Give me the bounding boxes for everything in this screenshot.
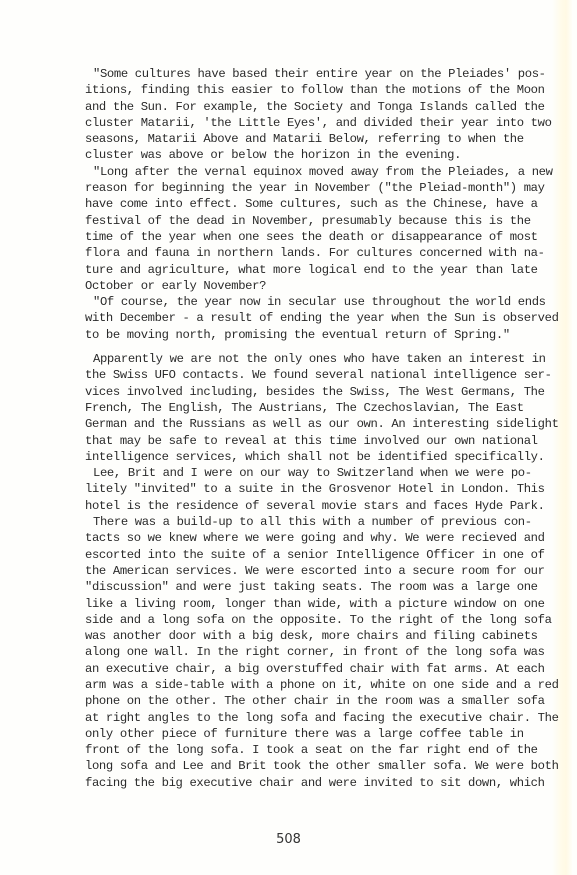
text-line: phone on the other. The other chair in t… — [85, 693, 497, 709]
text-line: hotel is the residence of several movie … — [85, 498, 497, 514]
text-line: that may be safe to reveal at this time … — [85, 433, 497, 449]
text-line: the American services. We were escorted … — [85, 563, 497, 579]
text-line: Lee, Brit and I were on our way to Switz… — [85, 465, 497, 481]
text-line: an executive chair, a big overstuffed ch… — [85, 661, 497, 677]
text-line: "Of course, the year now in secular use … — [85, 294, 497, 310]
text-line: time of the year when one sees the death… — [85, 229, 497, 245]
text-line: was another door with a big desk, more c… — [85, 628, 497, 644]
paragraph: "Long after the vernal equinox moved awa… — [85, 164, 497, 294]
text-line: escorted into the suite of a senior Inte… — [85, 547, 497, 563]
text-line: "Some cultures have based their entire y… — [85, 66, 497, 82]
text-line: intelligence services, which shall not b… — [85, 449, 497, 465]
text-line: itions, finding this easier to follow th… — [85, 82, 497, 98]
page-number: 508 — [0, 832, 577, 847]
text-line: There was a build-up to all this with a … — [85, 514, 497, 530]
text-line: cluster was above or below the horizon i… — [85, 147, 497, 163]
text-line: front of the long sofa. I took a seat on… — [85, 742, 497, 758]
document-page: "Some cultures have based their entire y… — [0, 0, 577, 875]
text-line: German and the Russians as well as our o… — [85, 416, 497, 432]
text-line: only other piece of furniture there was … — [85, 726, 497, 742]
text-line: flora and fauna in northern lands. For c… — [85, 245, 497, 261]
text-line: with December - a result of ending the y… — [85, 310, 497, 326]
text-line: "discussion" and were just taking seats.… — [85, 579, 497, 595]
text-line: vices involved including, besides the Sw… — [85, 384, 497, 400]
text-line: facing the big executive chair and were … — [85, 775, 497, 791]
text-line: reason for beginning the year in Novembe… — [85, 180, 497, 196]
paragraph: There was a build-up to all this with a … — [85, 514, 497, 791]
text-line: to be moving north, promising the eventu… — [85, 327, 497, 343]
text-line: have come into effect. Some cultures, su… — [85, 196, 497, 212]
text-line: festival of the dead in November, presum… — [85, 213, 497, 229]
paragraph-gap — [85, 343, 497, 351]
text-line: seasons, Matarii Above and Matarii Below… — [85, 131, 497, 147]
text-line: arm was a side-table with a phone on it,… — [85, 677, 497, 693]
text-line: and the Sun. For example, the Society an… — [85, 99, 497, 115]
text-line: cluster Matarii, 'the Little Eyes', and … — [85, 115, 497, 131]
text-line: ture and agriculture, what more logical … — [85, 262, 497, 278]
text-line: long sofa and Lee and Brit took the othe… — [85, 758, 497, 774]
text-line: tacts so we knew where we were going and… — [85, 530, 497, 546]
paragraph: Lee, Brit and I were on our way to Switz… — [85, 465, 497, 514]
text-line: Apparently we are not the only ones who … — [85, 351, 497, 367]
body-text: "Some cultures have based their entire y… — [85, 66, 497, 791]
text-line: along one wall. In the right corner, in … — [85, 644, 497, 660]
text-line: the Swiss UFO contacts. We found several… — [85, 367, 497, 383]
text-line: at right angles to the long sofa and fac… — [85, 710, 497, 726]
paragraph: "Some cultures have based their entire y… — [85, 66, 497, 164]
scan-edge-shading — [552, 0, 572, 875]
text-line: "Long after the vernal equinox moved awa… — [85, 164, 497, 180]
text-line: like a living room, longer than wide, wi… — [85, 596, 497, 612]
text-line: October or early November? — [85, 278, 497, 294]
text-line: French, The English, The Austrians, The … — [85, 400, 497, 416]
paragraph: Apparently we are not the only ones who … — [85, 351, 497, 465]
paragraph: "Of course, the year now in secular use … — [85, 294, 497, 343]
text-line: side and a long sofa on the opposite. To… — [85, 612, 497, 628]
text-line: litely "invited" to a suite in the Grosv… — [85, 481, 497, 497]
